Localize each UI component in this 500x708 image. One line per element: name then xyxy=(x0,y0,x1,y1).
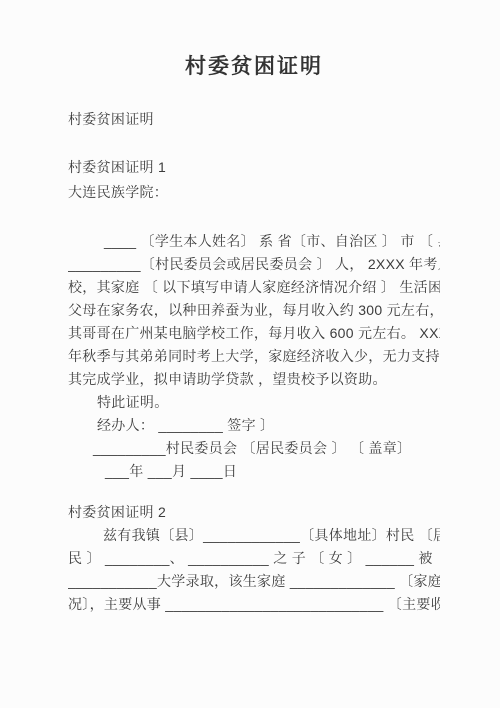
text-line: _________〔村民委员会或居民委员会 〕 人， 2XXX 年考入贵 xyxy=(68,253,440,276)
section1-closing: 特此证明。 xyxy=(68,391,440,414)
section2-body: 村委贫困证明 2 兹有我镇〔县〕____________〔具体地址〕村民 〔居 … xyxy=(68,501,440,616)
document-page: 村委贫困证明 村委贫困证明 村委贫困证明 1 大连民族学院： ____ 〔学生本… xyxy=(0,0,500,708)
section1-salutation: 大连民族学院： xyxy=(68,181,440,204)
section2-heading: 村委贫困证明 2 xyxy=(68,501,440,524)
section1-date-line: ___年 ___月 ____日 xyxy=(68,460,440,483)
section1-committee-line: _________村民委员会 〔居民委员会 〕 〔 盖章〕 xyxy=(68,437,440,460)
text-line: 校，其家庭 〔 以下填写申请人家庭经济情况介绍 〕 生活困难， xyxy=(68,276,440,299)
document-subtitle: 村委贫困证明 xyxy=(68,108,440,131)
text-line: ____ 〔学生本人姓名〕 系 省〔市、自治区 〕 市 〔 县 〕 xyxy=(68,230,440,253)
text-line: ___________大学录取，该生家庭 _____________ 〔家庭成员… xyxy=(68,570,440,593)
text-line: 民 〕 ________、 __________ 之 子 〔 女 〕 _____… xyxy=(68,547,440,570)
section1-handler-line: 经办人： ________ 签字 〕 xyxy=(68,414,440,437)
section1-body: ____ 〔学生本人姓名〕 系 省〔市、自治区 〕 市 〔 县 〕 ______… xyxy=(68,230,440,483)
text-line: 年秋季与其弟弟同时考上大学，家庭经济收入少，无力支持 xyxy=(68,345,440,368)
text-line: 其完成学业，拟申请助学贷款 ，望贵校予以资助。 xyxy=(68,368,440,391)
text-line: 况〕，主要从事 ___________________________ 〔主要收… xyxy=(68,593,440,616)
document-title: 村委贫困证明 xyxy=(68,0,440,81)
text-line: 父母在家务农，以种田养蚕为业，每月收入约 300 元左右， xyxy=(68,299,440,322)
section1-heading: 村委贫困证明 1 xyxy=(68,156,440,179)
text-line: 兹有我镇〔县〕____________〔具体地址〕村民 〔居 xyxy=(68,524,440,547)
text-line: 其哥哥在广州某电脑学校工作，每月收入 600 元左右。 XXX xyxy=(68,322,440,345)
